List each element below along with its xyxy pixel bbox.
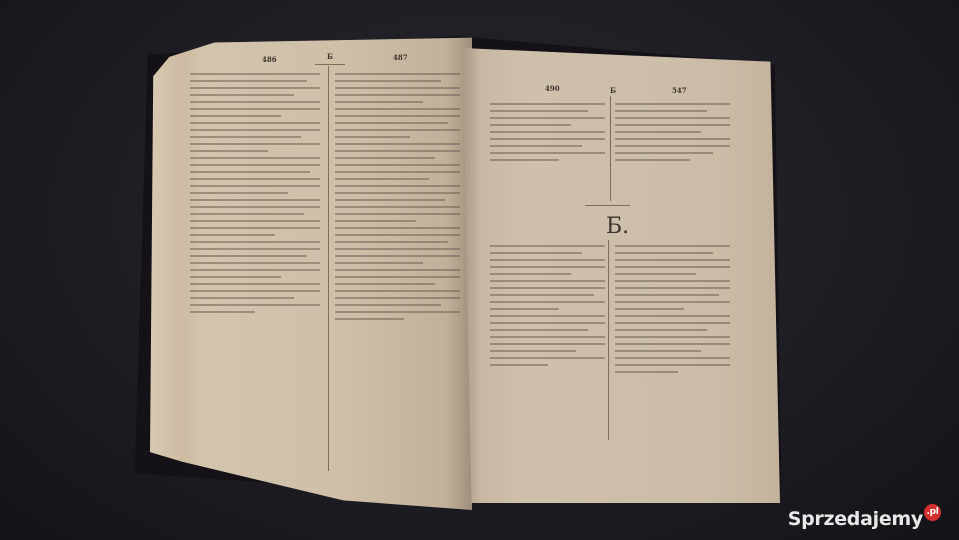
right-page-number: 490 bbox=[545, 84, 560, 93]
right-page-column-2-top bbox=[615, 98, 730, 198]
right-column-header: Б bbox=[610, 86, 616, 95]
left-column-divider bbox=[328, 66, 329, 471]
left-column-header: Б bbox=[327, 52, 333, 61]
left-page-column-1 bbox=[190, 68, 320, 428]
right-page-column-2-bottom bbox=[615, 240, 730, 450]
left-page-column-2 bbox=[335, 68, 460, 453]
right-page-column-1-bottom bbox=[490, 240, 605, 440]
watermark-brand: Sprzedajemy bbox=[788, 508, 923, 530]
header-rule bbox=[315, 64, 345, 65]
left-page-number-right: 487 bbox=[393, 53, 408, 62]
right-page-column-1-top bbox=[490, 98, 605, 198]
right-column-divider-bottom bbox=[608, 240, 609, 440]
watermark-badge-icon: .pl bbox=[924, 504, 941, 521]
left-page-number: 486 bbox=[262, 55, 277, 64]
right-column-divider-top bbox=[610, 96, 611, 201]
section-letter: Б. bbox=[606, 214, 629, 239]
sprzedajemy-watermark: Sprzedajemy.pl bbox=[788, 508, 941, 530]
right-page-number-right: 547 bbox=[672, 86, 687, 95]
section-rule bbox=[585, 205, 630, 206]
